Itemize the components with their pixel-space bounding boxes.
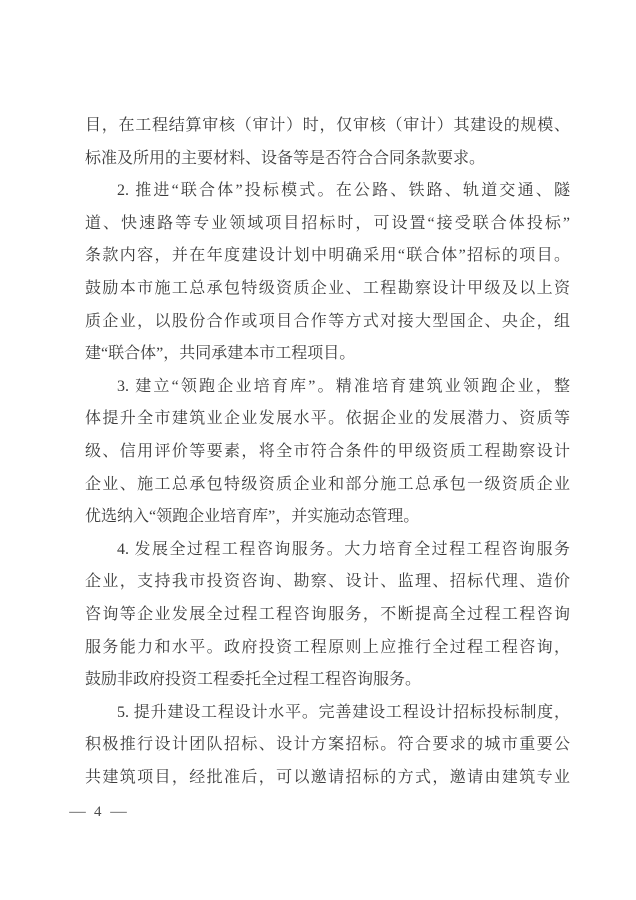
text-line: 级、信用评价等要素，将全市符合条件的甲级资质工程勘察设计: [85, 436, 570, 469]
text-line: 鼓励本市施工总承包特级资质企业、工程勘察设计甲级及以上资: [85, 273, 570, 306]
paragraph: 5. 提升建设工程设计水平。完善建设工程设计招标投标制度， 积极推行设计团队招标…: [85, 697, 570, 795]
text-line: 优选纳入“领跑企业培育库”，并实施动态管理。: [85, 501, 570, 534]
document-page: 目，在工程结算审核（审计）时，仅审核（审计）其建设的规模、 标准及所用的主要材料…: [0, 0, 636, 900]
text-line: 企业，支持我市投资咨询、勘察、设计、监理、招标代理、造价: [85, 566, 570, 599]
text-line: 积极推行设计团队招标、设计方案招标。符合要求的城市重要公: [85, 729, 570, 762]
text-line: 5. 提升建设工程设计水平。完善建设工程设计招标投标制度，: [85, 697, 570, 730]
footer-dash-left: —: [69, 804, 86, 821]
paragraph: 目，在工程结算审核（审计）时，仅审核（审计）其建设的规模、 标准及所用的主要材料…: [85, 110, 570, 175]
page-footer: — 4 —: [70, 804, 126, 821]
text-line: 条款内容，并在年度建设计划中明确采用“联合体”招标的项目。: [85, 240, 570, 273]
text-line: 标准及所用的主要材料、设备等是否符合合同条款要求。: [85, 143, 570, 176]
paragraph: 2. 推进“联合体”投标模式。在公路、铁路、轨道交通、隧 道、快速路等专业领域项…: [85, 175, 570, 371]
text-line: 咨询等企业发展全过程工程咨询服务，不断提高全过程工程咨询: [85, 599, 570, 632]
text-line: 建“联合体”，共同承建本市工程项目。: [85, 338, 570, 371]
footer-dash-right: —: [110, 804, 127, 821]
text-line: 共建筑项目，经批准后，可以邀请招标的方式，邀请由建筑专业: [85, 762, 570, 795]
text-line: 道、快速路等专业领域项目招标时，可设置“接受联合体投标”: [85, 208, 570, 241]
paragraph: 4. 发展全过程工程咨询服务。大力培育全过程工程咨询服务 企业，支持我市投资咨询…: [85, 534, 570, 697]
text-line: 4. 发展全过程工程咨询服务。大力培育全过程工程咨询服务: [85, 534, 570, 567]
text-line: 目，在工程结算审核（审计）时，仅审核（审计）其建设的规模、: [85, 110, 570, 143]
text-line: 服务能力和水平。政府投资工程原则上应推行全过程工程咨询，: [85, 632, 570, 665]
text-line: 质企业，以股份合作或项目合作等方式对接大型国企、央企，组: [85, 306, 570, 339]
text-line: 2. 推进“联合体”投标模式。在公路、铁路、轨道交通、隧: [85, 175, 570, 208]
text-line: 企业、施工总承包特级资质企业和部分施工总承包一级资质企业: [85, 469, 570, 502]
text-line: 3. 建立“领跑企业培育库”。精准培育建筑业领跑企业，整: [85, 371, 570, 404]
document-body: 目，在工程结算审核（审计）时，仅审核（审计）其建设的规模、 标准及所用的主要材料…: [85, 110, 570, 794]
text-line: 体提升全市建筑业企业发展水平。依据企业的发展潜力、资质等: [85, 403, 570, 436]
text-line: 鼓励非政府投资工程委托全过程工程咨询服务。: [85, 664, 570, 697]
footer-page-number: 4: [94, 804, 102, 821]
paragraph: 3. 建立“领跑企业培育库”。精准培育建筑业领跑企业，整 体提升全市建筑业企业发…: [85, 371, 570, 534]
